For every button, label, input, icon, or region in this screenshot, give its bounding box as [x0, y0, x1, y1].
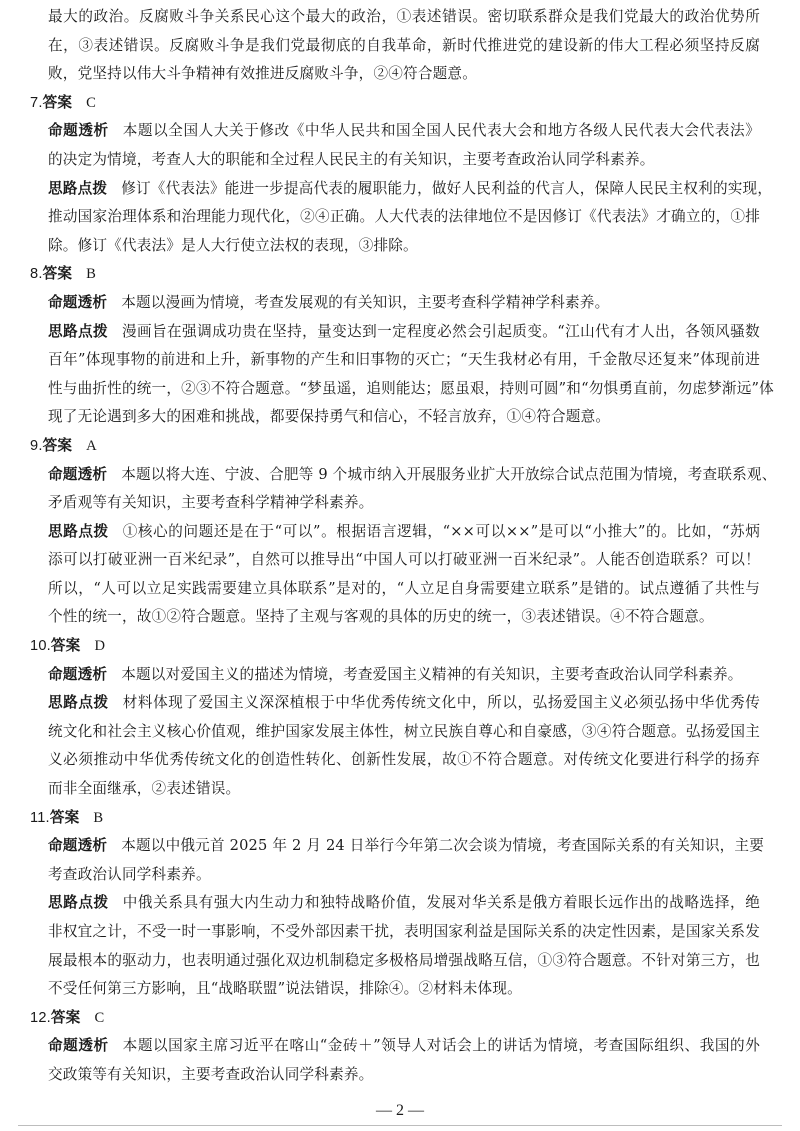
- answer-value: B: [86, 266, 96, 282]
- hint-line: 百年”体现事物的前进和上升，新事物的产生和旧事物的灭亡；“天生我材必有用，千金散…: [0, 346, 760, 375]
- answer-label: 答案: [43, 437, 73, 454]
- analysis-line: 命题透析本题以全国人大关于修改《中华人民共和国全国人民代表大会和地方各级人民代表…: [0, 117, 760, 146]
- question-7: 7.答案C 命题透析本题以全国人大关于修改《中华人民共和国全国人民代表大会和地方…: [0, 89, 800, 261]
- analysis-text: 本题以国家主席习近平在喀山“金砖＋”领导人对话会上的讲话为情境，考查国际组织、我…: [123, 1037, 760, 1054]
- analysis-label: 命题透析: [48, 122, 109, 139]
- question-11: 11.答案B 命题透析本题以中俄元首 2025 年 2 月 24 日举行今年第二…: [0, 804, 800, 1004]
- hint-line: 义必须推动中华优秀传统文化的创造性转化、创新性发展，故①不符合题意。对传统文化要…: [0, 746, 760, 775]
- hint-text: 修订《代表法》能进一步提高代表的履职能力，做好人民利益的代言人，保障人民民主权利…: [121, 180, 772, 197]
- hint-line: 而非全面继承，②表述错误。: [0, 775, 760, 804]
- analysis-line: 命题透析本题以国家主席习近平在喀山“金砖＋”领导人对话会上的讲话为情境，考查国际…: [0, 1032, 760, 1061]
- hint-line: 展最根本的驱动力，也表明通过强化双边机制稳定多极格局增强战略互信，①③符合题意。…: [0, 947, 760, 976]
- hint-line: 现了无论遇到多大的困难和挑战，都要保持勇气和信心，不轻言放弃，①④符合题意。: [0, 403, 760, 432]
- question-number: 9.: [30, 438, 43, 454]
- analysis-text: 本题以对爱国主义的描述为情境，考查爱国主义精神的有关知识，主要考查政治认同学科素…: [121, 666, 742, 683]
- page-number: — 2 —: [0, 1102, 800, 1120]
- analysis-text: 本题以将大连、宁波、合肥等 9 个城市纳入开展服务业扩大开放综合试点范围为情境，…: [121, 466, 776, 483]
- analysis-line: 交政策等有关知识，主要考查政治认同学科素养。: [0, 1061, 760, 1090]
- question-12: 12.答案C 命题透析本题以国家主席习近平在喀山“金砖＋”领导人对话会上的讲话为…: [0, 1004, 800, 1090]
- answer-label: 答案: [50, 809, 80, 826]
- hint-line: 性与曲折性的统一，②③不符合题意。“梦虽遥，追则能达；愿虽艰，持则可圆”和“勿惧…: [0, 375, 760, 404]
- analysis-text: 本题以全国人大关于修改《中华人民共和国全国人民代表大会和地方各级人民代表大会代表…: [123, 122, 760, 139]
- continuation-paragraph: 最大的政治。反腐败斗争关系民心这个最大的政治，①表述错误。密切联系群众是我们党最…: [0, 3, 800, 89]
- text-line: 最大的政治。反腐败斗争关系民心这个最大的政治，①表述错误。密切联系群众是我们党最…: [0, 3, 760, 32]
- footer-divider: [18, 1125, 782, 1126]
- answer-value: C: [94, 1010, 104, 1026]
- hint-label: 思路点拨: [48, 894, 109, 911]
- answer-value: B: [93, 810, 103, 826]
- analysis-line: 的决定为情境，考查人大的职能和全过程人民民主的有关知识，主要考查政治认同学科素养…: [0, 146, 760, 175]
- hint-line: 所以，“人可以立足实践需要建立具体联系”是对的，“人立足自身需要建立联系”是错的…: [0, 575, 760, 604]
- answer-label: 答案: [51, 1009, 81, 1026]
- answer-heading: 9.答案A: [0, 432, 800, 461]
- analysis-text: 本题以漫画为情境，考查发展观的有关知识，主要考查科学精神学科素养。: [121, 294, 609, 311]
- question-10: 10.答案D 命题透析本题以对爱国主义的描述为情境，考查爱国主义精神的有关知识，…: [0, 632, 800, 804]
- hint-label: 思路点拨: [48, 323, 108, 340]
- answer-heading: 12.答案C: [0, 1004, 800, 1033]
- answer-label: 答案: [43, 94, 73, 111]
- analysis-label: 命题透析: [48, 294, 107, 311]
- answer-heading: 11.答案B: [0, 804, 800, 833]
- analysis-label: 命题透析: [48, 666, 107, 683]
- analysis-text: 本题以中俄元首 2025 年 2 月 24 日举行今年第二次会谈为情境，考查国际…: [121, 837, 764, 854]
- question-number: 10.: [30, 638, 51, 654]
- answer-value: D: [94, 638, 105, 654]
- hint-line: 思路点拨①核心的问题还是在于“可以”。根据语言逻辑，“××可以××”是可以“小推…: [0, 518, 760, 547]
- hint-text: 材料体现了爱国主义深深植根于中华优秀传统文化中，所以，弘扬爱国主义必须弘扬中华优…: [123, 694, 760, 711]
- hint-text: 漫画旨在强调成功贵在坚持，量变达到一定程度必然会引起质变。“江山代有才人出，各领…: [122, 323, 760, 340]
- analysis-label: 命题透析: [48, 1037, 109, 1054]
- hint-line: 统文化和社会主义核心价值观，维护国家发展主体性，树立民族自尊心和自豪感，③④符合…: [0, 718, 760, 747]
- hint-label: 思路点拨: [48, 694, 109, 711]
- answer-label: 答案: [51, 637, 81, 654]
- hint-line: 不受任何第三方影响，且“战略联盟”说法错误，排除④。②材料未体现。: [0, 975, 760, 1004]
- hint-line: 添可以打破亚洲一百米纪录”，自然可以推导出“中国人可以打破亚洲一百米纪录”。人能…: [0, 546, 760, 575]
- hint-text: 中俄关系具有强大内生动力和独特战略价值，发展对华关系是俄方着眼长远作出的战略选择…: [123, 894, 760, 911]
- document-page: 最大的政治。反腐败斗争关系民心这个最大的政治，①表述错误。密切联系群众是我们党最…: [0, 0, 800, 1090]
- answer-value: C: [86, 95, 96, 111]
- analysis-line: 矛盾观等有关知识，主要考查科学精神学科素养。: [0, 489, 760, 518]
- hint-label: 思路点拨: [48, 523, 109, 540]
- hint-line: 思路点拨漫画旨在强调成功贵在坚持，量变达到一定程度必然会引起质变。“江山代有才人…: [0, 318, 760, 347]
- answer-label: 答案: [43, 265, 73, 282]
- hint-text: ①核心的问题还是在于“可以”。根据语言逻辑，“××可以××”是可以“小推大”的。…: [123, 523, 760, 540]
- hint-line: 非权宜之计，不受一时一事影响，不受外部因素干扰，表明国家利益是国际关系的决定性因…: [0, 918, 760, 947]
- analysis-label: 命题透析: [48, 837, 107, 854]
- answer-heading: 10.答案D: [0, 632, 800, 661]
- hint-line: 个性的统一，故①②符合题意。坚持了主观与客观的具体的历史的统一，③表述错误。④不…: [0, 603, 760, 632]
- question-number: 12.: [30, 1010, 51, 1026]
- text-line: 在，③表述错误。反腐败斗争是我们党最彻底的自我革命，新时代推进党的建设新的伟大工…: [0, 32, 760, 61]
- analysis-line: 命题透析本题以对爱国主义的描述为情境，考查爱国主义精神的有关知识，主要考查政治认…: [0, 661, 760, 690]
- question-8: 8.答案B 命题透析本题以漫画为情境，考查发展观的有关知识，主要考查科学精神学科…: [0, 260, 800, 432]
- question-number: 7.: [30, 95, 43, 111]
- hint-line: 除。修订《代表法》是人大行使立法权的表现，③排除。: [0, 232, 760, 261]
- hint-line: 推动国家治理体系和治理能力现代化，②④正确。人大代表的法律地位不是因修订《代表法…: [0, 203, 760, 232]
- answer-heading: 7.答案C: [0, 89, 800, 118]
- hint-line: 思路点拨修订《代表法》能进一步提高代表的履职能力，做好人民利益的代言人，保障人民…: [0, 175, 760, 204]
- hint-label: 思路点拨: [48, 180, 107, 197]
- question-9: 9.答案A 命题透析本题以将大连、宁波、合肥等 9 个城市纳入开展服务业扩大开放…: [0, 432, 800, 632]
- analysis-line: 命题透析本题以将大连、宁波、合肥等 9 个城市纳入开展服务业扩大开放综合试点范围…: [0, 461, 760, 490]
- analysis-line: 考查政治认同学科素养。: [0, 861, 760, 890]
- hint-line: 思路点拨中俄关系具有强大内生动力和独特战略价值，发展对华关系是俄方着眼长远作出的…: [0, 889, 760, 918]
- question-number: 8.: [30, 266, 43, 282]
- question-number: 11.: [30, 810, 50, 826]
- answer-heading: 8.答案B: [0, 260, 800, 289]
- analysis-label: 命题透析: [48, 466, 107, 483]
- hint-line: 思路点拨材料体现了爱国主义深深植根于中华优秀传统文化中，所以，弘扬爱国主义必须弘…: [0, 689, 760, 718]
- answer-value: A: [86, 438, 97, 454]
- text-line: 败，党坚持以伟大斗争精神有效推进反腐败斗争，②④符合题意。: [0, 60, 760, 89]
- analysis-line: 命题透析本题以中俄元首 2025 年 2 月 24 日举行今年第二次会谈为情境，…: [0, 832, 760, 861]
- analysis-line: 命题透析本题以漫画为情境，考查发展观的有关知识，主要考查科学精神学科素养。: [0, 289, 760, 318]
